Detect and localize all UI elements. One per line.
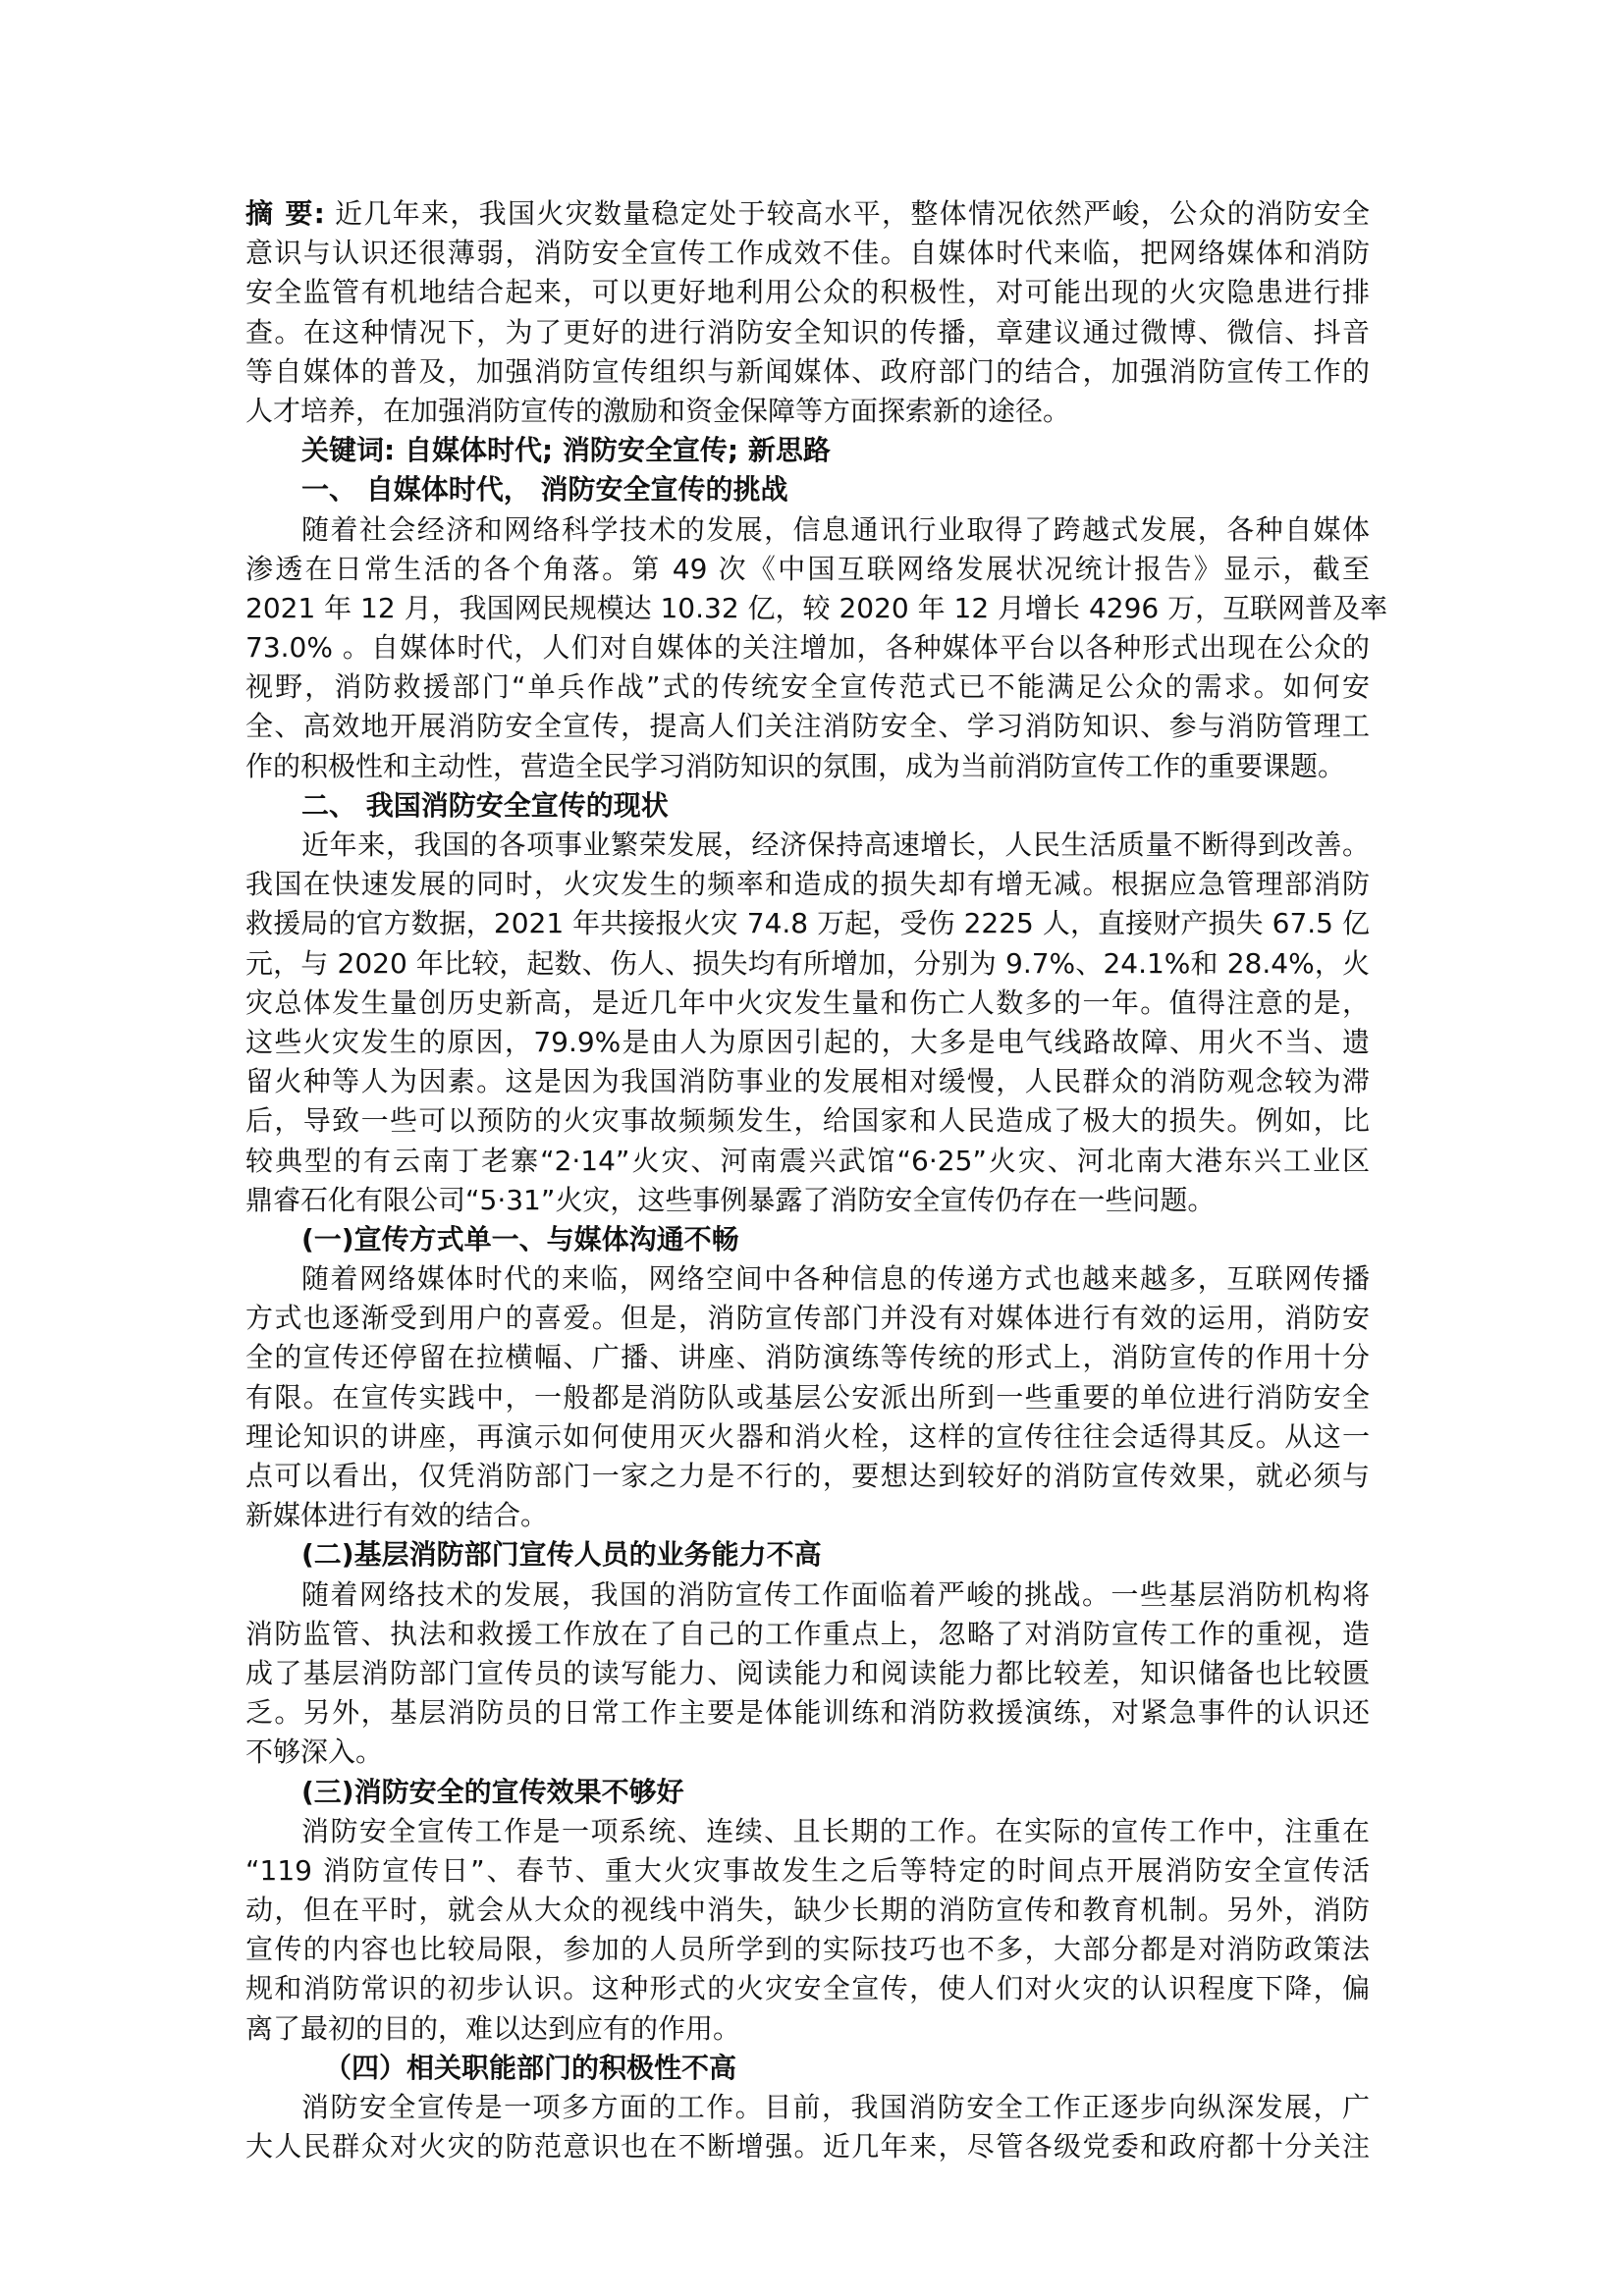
- sub1-body: 随着网络媒体时代的来临，网络空间中各种信息的传递方式也越来越多，互联网传播 方式…: [245, 1259, 1370, 1535]
- subsection-heading: (二)基层消防部门宣传人员的业务能力不高: [245, 1535, 1370, 1575]
- document-page: 摘 要: 近几年来，我国火灾数量稳定处于较高水平，整体情况依然严峻，公众的消防安…: [245, 194, 1370, 2166]
- abstract-line: 人才培养，在加强消防宣传的激励和资金保障等方面探索新的途径。: [245, 392, 1370, 431]
- paragraph-line: 点可以看出，仅凭消防部门一家之力是不行的，要想达到较好的消防宣传效果，就必须与: [245, 1457, 1370, 1496]
- paragraph-line: 消防监管、执法和救援工作放在了自己的工作重点上，忽略了对消防宣传工作的重视，造: [245, 1615, 1370, 1654]
- paragraph-line: 大人民群众对火灾的防范意识也在不断增强。近几年来，尽管各级党委和政府都十分关注: [245, 2127, 1370, 2166]
- section-heading: 一、 自媒体时代， 消防安全宣传的挑战: [245, 470, 1370, 509]
- paragraph-line: 元，与 2020 年比较，起数、伤人、损失均有所增加，分别为 9.7%、24.1…: [245, 944, 1370, 984]
- paragraph-line: 成了基层消防部门宣传员的读写能力、阅读能力和阅读能力都比较差，知识储备也比较匮: [245, 1654, 1370, 1693]
- section1-body: 随着社会经济和网络科学技术的发展，信息通讯行业取得了跨越式发展，各种自媒体 渗透…: [245, 510, 1370, 786]
- subsection-heading: (一)宣传方式单一、与媒体沟通不畅: [245, 1220, 1370, 1259]
- abstract-line: 意识与认识还很薄弱，消防安全宣传工作成效不佳。自媒体时代来临，把网络媒体和消防: [245, 234, 1370, 273]
- paragraph-line: 2021 年 12 月，我国网民规模达 10.32 亿，较 2020 年 12 …: [245, 589, 1370, 628]
- paragraph-line: 较典型的有云南丁老寨“2·14”火灾、河南震兴武馆“6·25”火灾、河北南大港东…: [245, 1142, 1370, 1181]
- abstract-line: 查。在这种情况下，为了更好的进行消防安全知识的传播，章建议通过微博、微信、抖音: [245, 313, 1370, 352]
- paragraph-line: 救援局的官方数据，2021 年共接报火灾 74.8 万起，受伤 2225 人，直…: [245, 904, 1370, 943]
- sub4-body: 消防安全宣传是一项多方面的工作。目前，我国消防安全工作正逐步向纵深发展，广 大人…: [245, 2088, 1370, 2166]
- paragraph-line: 动，但在平时，就会从大众的视线中消失，缺少长期的消防宣传和教育机制。另外，消防: [245, 1891, 1370, 1930]
- paragraph-line: 全的宣传还停留在拉横幅、广播、讲座、消防演练等传统的形式上，消防宣传的作用十分: [245, 1338, 1370, 1377]
- paragraph-line: 随着网络技术的发展，我国的消防宣传工作面临着严峻的挑战。一些基层消防机构将: [245, 1575, 1370, 1615]
- paragraph-line: 渗透在日常生活的各个角落。第 49 次《中国互联网络发展状况统计报告》显示，截至: [245, 550, 1370, 589]
- paragraph-line: 73.0% 。自媒体时代，人们对自媒体的关注增加，各种媒体平台以各种形式出现在公…: [245, 628, 1370, 667]
- abstract-line: 等自媒体的普及，加强消防宣传组织与新闻媒体、政府部门的结合，加强消防宣传工作的: [245, 352, 1370, 392]
- paragraph-line: 灾总体发生量创历史新高，是近几年中火灾发生量和伤亡人数多的一年。值得注意的是，: [245, 984, 1370, 1023]
- paragraph-line: 作的积极性和主动性，营造全民学习消防知识的氛围，成为当前消防宣传工作的重要课题。: [245, 747, 1370, 786]
- paragraph-line: 乏。另外，基层消防员的日常工作主要是体能训练和消防救援演练，对紧急事件的认识还: [245, 1693, 1370, 1733]
- paragraph-line: 后，导致一些可以预防的火灾事故频频发生，给国家和人民造成了极大的损失。例如，比: [245, 1101, 1370, 1141]
- section-heading: 二、 我国消防安全宣传的现状: [245, 786, 1370, 826]
- paragraph-line: 视野，消防救援部门“单兵作战”式的传统安全宣传范式已不能满足公众的需求。如何安: [245, 667, 1370, 707]
- paragraph-line: 规和消防常识的初步认识。这种形式的火灾安全宣传，使人们对火灾的认识程度下降，偏: [245, 1969, 1370, 2008]
- paragraph-line: 全、高效地开展消防安全宣传，提高人们关注消防安全、学习消防知识、参与消防管理工: [245, 707, 1370, 746]
- paragraph-line: 鼎睿石化有限公司“5·31”火灾，这些事例暴露了消防安全宣传仍存在一些问题。: [245, 1181, 1370, 1220]
- paragraph-line: 我国在快速发展的同时，火灾发生的频率和造成的损失却有增无减。根据应急管理部消防: [245, 865, 1370, 904]
- abstract: 摘 要: 近几年来，我国火灾数量稳定处于较高水平，整体情况依然严峻，公众的消防安…: [245, 194, 1370, 431]
- paragraph-line: 这些火灾发生的原因，79.9%是由人为原因引起的，大多是电气线路故障、用火不当、…: [245, 1023, 1370, 1062]
- paragraph-line: 方式也逐渐受到用户的喜爱。但是，消防宣传部门并没有对媒体进行有效的运用，消防安: [245, 1299, 1370, 1338]
- paragraph-line: 随着社会经济和网络科学技术的发展，信息通讯行业取得了跨越式发展，各种自媒体: [245, 510, 1370, 550]
- paragraph-line: 留火种等人为因素。这是因为我国消防事业的发展相对缓慢，人民群众的消防观念较为滞: [245, 1062, 1370, 1101]
- section2-body: 近年来，我国的各项事业繁荣发展，经济保持高速增长，人民生活质量不断得到改善。 我…: [245, 826, 1370, 1220]
- sub3-body: 消防安全宣传工作是一项系统、连续、且长期的工作。在实际的宣传工作中，注重在 “1…: [245, 1812, 1370, 2049]
- subsection-heading: （四）相关职能部门的积极性不高: [245, 2049, 1370, 2088]
- abstract-line: 安全监管有机地结合起来，可以更好地利用公众的积极性，对可能出现的火灾隐患进行排: [245, 273, 1370, 312]
- paragraph-line: “119 消防宣传日”、春节、重大火灾事故发生之后等特定的时间点开展消防安全宣传…: [245, 1851, 1370, 1891]
- paragraph-line: 近年来，我国的各项事业繁荣发展，经济保持高速增长，人民生活质量不断得到改善。: [245, 826, 1370, 865]
- paragraph-line: 新媒体进行有效的结合。: [245, 1496, 1370, 1535]
- sub2-body: 随着网络技术的发展，我国的消防宣传工作面临着严峻的挑战。一些基层消防机构将 消防…: [245, 1575, 1370, 1773]
- abstract-label: 摘 要:: [245, 197, 325, 230]
- paragraph-line: 宣传的内容也比较局限，参加的人员所学到的实际技巧也不多，大部分都是对消防政策法: [245, 1930, 1370, 1969]
- keywords: 关键词: 自媒体时代; 消防安全宣传; 新思路: [245, 431, 1370, 470]
- paragraph-line: 离了最初的目的，难以达到应有的作用。: [245, 2009, 1370, 2049]
- paragraph-line: 不够深入。: [245, 1733, 1370, 1772]
- paragraph-line: 理论知识的讲座，再演示如何使用灭火器和消火栓，这样的宣传往往会适得其反。从这一: [245, 1417, 1370, 1457]
- abstract-line: 摘 要: 近几年来，我国火灾数量稳定处于较高水平，整体情况依然严峻，公众的消防安…: [245, 194, 1370, 234]
- paragraph-line: 消防安全宣传工作是一项系统、连续、且长期的工作。在实际的宣传工作中，注重在: [245, 1812, 1370, 1851]
- paragraph-line: 随着网络媒体时代的来临，网络空间中各种信息的传递方式也越来越多，互联网传播: [245, 1259, 1370, 1299]
- subsection-heading: (三)消防安全的宣传效果不够好: [245, 1773, 1370, 1812]
- paragraph-line: 有限。在宣传实践中，一般都是消防队或基层公安派出所到一些重要的单位进行消防安全: [245, 1378, 1370, 1417]
- paragraph-line: 消防安全宣传是一项多方面的工作。目前，我国消防安全工作正逐步向纵深发展，广: [245, 2088, 1370, 2127]
